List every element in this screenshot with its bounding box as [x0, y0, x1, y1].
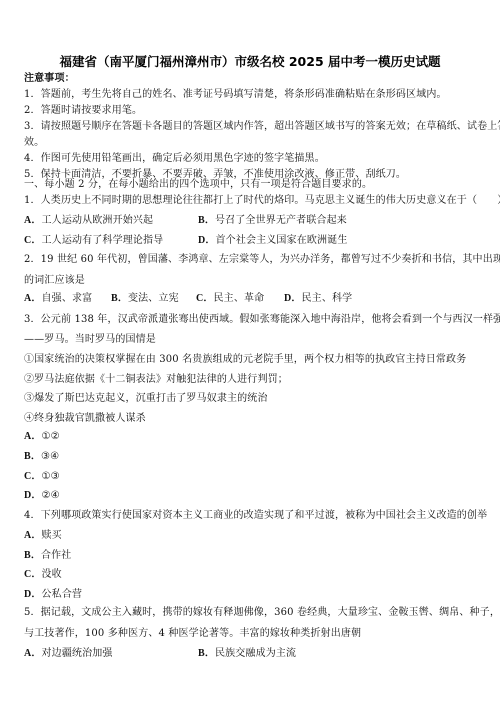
option-text: 合作社	[41, 550, 71, 561]
option-label: C．	[24, 235, 42, 246]
option-c: C．①③	[24, 471, 60, 483]
option-text: 赎买	[42, 530, 62, 541]
option-label: A．	[24, 530, 42, 541]
question-stem: 4．下列哪项政策实行使国家对资本主义工商业的改造实现了和平过渡，被称为中国社会主…	[24, 510, 487, 522]
statement: ①国家统治的决策权掌握在由 300 名贵族组成的元老院手里，两个权力相等的执政官…	[24, 354, 466, 366]
option-d: D．首个社会主义国家在欧洲诞生	[198, 235, 347, 247]
option-text: 民主、科学	[302, 293, 353, 304]
option-label: A．	[24, 648, 42, 659]
section-heading: 一、每小题 2 分，在每小题给出的四个选项中，只有一项是符合题目要求的。	[24, 179, 372, 191]
option-text: 没收	[42, 569, 62, 580]
option-d: D．民主、科学	[284, 293, 352, 305]
notice-item: 4．作图可先使用铅笔画出，确定后必须用黑色字迹的签字笔描黑。	[24, 153, 325, 165]
option-b: B．③④	[24, 451, 59, 463]
document-title: 福建省（南平厦门福州漳州市）市级名校 2025 届中考一模历史试题	[0, 54, 500, 69]
option-label: A．	[24, 431, 42, 442]
option-label: D．	[24, 589, 42, 600]
option-d: D．公私合营	[24, 589, 82, 601]
exam-page: 福建省（南平厦门福州漳州市）市级名校 2025 届中考一模历史试题 注意事项： …	[0, 0, 500, 707]
option-label: A．	[24, 293, 42, 304]
option-a: A．对边疆统治加强	[24, 648, 113, 660]
option-b: B．变法、立宪	[111, 293, 179, 305]
option-text: 工人运动从欧洲开始兴起	[42, 215, 154, 226]
option-label: B．	[111, 293, 128, 304]
option-a: A．赎买	[24, 530, 62, 542]
question-stem: 3．公元前 138 年，汉武帝派遣张骞出使西域。假如张骞能深入地中海沿岸，他将会…	[24, 314, 500, 326]
option-text: 民族交融成为主流	[215, 648, 296, 659]
question-stem: 2．19 世纪 60 年代初，曾国藩、李鸿章、左宗棠等人，为兴办洋务，都曾写过不…	[24, 254, 500, 266]
option-c: C．工人运动有了科学理论指导	[24, 235, 163, 247]
notice-item: 3．请按照题号顺序在答题卡各题目的答题区域内作答，超出答题区域书写的答案无效；在…	[24, 121, 500, 133]
option-label: C．	[196, 293, 214, 304]
option-text: 自强、求富	[42, 293, 93, 304]
option-label: C．	[24, 569, 42, 580]
option-text: 变法、立宪	[128, 293, 179, 304]
notice-item: 效。	[24, 137, 44, 149]
question-stem: 的词汇应该是	[24, 275, 85, 287]
option-a: A．工人运动从欧洲开始兴起	[24, 215, 153, 227]
option-text: 公私合营	[42, 589, 83, 600]
option-label: B．	[198, 648, 215, 659]
option-text: ②④	[42, 490, 60, 501]
question-stem: 5．据记载，文成公主入藏时，携带的嫁妆有释迦佛像，360 卷经典，大量珍宝、金鞍…	[24, 607, 500, 619]
option-label: D．	[284, 293, 302, 304]
option-a: A．①②	[24, 431, 60, 443]
question-stem: 1．人类历史上不同时期的思想理论往往都打上了时代的烙印。马克思主义诞生的伟大历史…	[24, 195, 500, 207]
option-text: 号召了全世界无产者联合起来	[215, 215, 347, 226]
option-text: 工人运动有了科学理论指导	[42, 235, 164, 246]
notice-heading: 注意事项：	[24, 73, 75, 85]
statement: ③爆发了斯巴达克起义，沉重打击了罗马奴隶主的统治	[24, 393, 268, 405]
option-d: D．②④	[24, 490, 60, 502]
option-a: A．自强、求富	[24, 293, 92, 305]
option-label: B．	[24, 451, 41, 462]
option-text: 首个社会主义国家在欧洲诞生	[216, 235, 348, 246]
option-c: C．民主、革命	[196, 293, 264, 305]
option-text: 对边疆统治加强	[42, 648, 113, 659]
option-label: D．	[198, 235, 216, 246]
option-text: ③④	[41, 451, 59, 462]
option-label: D．	[24, 490, 42, 501]
option-text: ①②	[42, 431, 60, 442]
statement: ④终身独裁官凯撒被人谋杀	[24, 413, 146, 425]
question-stem: ——罗马。当时罗马的国情是	[24, 334, 156, 346]
option-label: C．	[24, 471, 42, 482]
notice-item: 1．答题前，考生先将自己的姓名、准考证号码填写清楚，将条形码准确粘贴在条形码区域…	[24, 89, 447, 101]
option-b: B．民族交融成为主流	[198, 648, 296, 660]
option-text: ①③	[42, 471, 60, 482]
option-label: B．	[198, 215, 215, 226]
option-b: B．号召了全世界无产者联合起来	[198, 215, 347, 227]
option-label: A．	[24, 215, 42, 226]
option-c: C．没收	[24, 569, 62, 581]
question-stem: 与工技著作，100 多种医方、4 种医学论著等。丰富的嫁妆种类折射出唐朝	[24, 628, 361, 640]
option-text: 民主、革命	[214, 293, 265, 304]
option-b: B．合作社	[24, 550, 71, 562]
option-label: B．	[24, 550, 41, 561]
notice-item: 2．答题时请按要求用笔。	[24, 105, 142, 117]
statement: ②罗马法庭依据《十二铜表法》对触犯法律的人进行判罚；	[24, 374, 288, 386]
